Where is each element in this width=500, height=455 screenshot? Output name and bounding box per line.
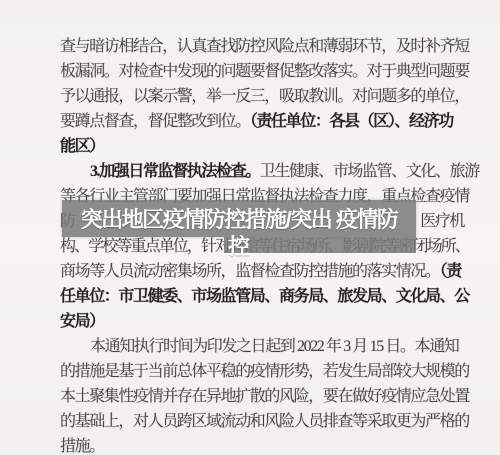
text-segment: 措施。 <box>60 438 104 455</box>
text-segment: 予以通报，以案示警，举一反三，吸取教训。对问题多的单位， <box>60 88 469 105</box>
text-segment: 的措施是基于当前总体平稳的疫情形势，若发生局部较大规模的 <box>60 363 469 380</box>
document-line: 措施。 <box>60 434 464 455</box>
document-line: 3.加强日常监督执法检查。卫生健康、市场监管、文化、旅游 <box>60 159 464 184</box>
document-line: 本土聚集性疫情并存在异地扩散的风险，要在做好疫情应急处置 <box>60 384 464 409</box>
text-segment: 板漏洞。对检查中发现的问题要督促整改落实。对于典型问题要 <box>60 63 469 80</box>
document-line: 要蹲点督查，督促整改到位。（责任单位：各县（区）、经济功 <box>60 109 464 134</box>
document-line: 板漏洞。对检查中发现的问题要督促整改落实。对于典型问题要 <box>60 59 464 84</box>
document-line: 的基础上，对人员跨区域流动和风险人员排查等采取更为严格的 <box>60 409 464 434</box>
text-segment: 查与暗访相结合，认真查找防控风险点和薄弱环节，及时补齐短 <box>60 38 469 55</box>
document-line: 能区） <box>60 134 464 159</box>
text-segment: 本土聚集性疫情并存在异地扩散的风险，要在做好疫情应急处置 <box>60 388 469 405</box>
text-segment: 的基础上，对人员跨区域流动和风险人员排查等采取更为严格的 <box>60 413 469 430</box>
responsible-unit-text: 能区） <box>60 138 104 155</box>
text-segment: 医疗机 <box>420 209 464 234</box>
title-overlay: 突出地区疫情防控措施/突出 疫情防 控 <box>62 200 416 253</box>
responsible-unit-text: 任单位：市卫健委、市场监管局、商务局、旅发局、文化局、公 <box>60 288 469 305</box>
document-line: 的措施是基于当前总体平稳的疫情形势，若发生局部较大规模的 <box>60 359 464 384</box>
document-line: 查与暗访相结合，认真查找防控风险点和薄弱环节，及时补齐短 <box>60 34 464 59</box>
text-segment: 卫生健康、市场监管、文化、旅游 <box>260 163 479 180</box>
document-line: 本通知执行时间为印发之日起到 2022 年 3 月 15 日。本通知 <box>60 334 464 359</box>
scanned-notice-page: { "page": { "background_color": "#f3f2ef… <box>0 0 500 455</box>
text-segment: 要蹲点督查，督促整改到位。 <box>60 113 250 130</box>
title-text-line-2: 控 <box>228 230 250 261</box>
responsible-unit-text: 安局） <box>60 313 104 330</box>
document-line: 商场等人员流动密集场所，监督检查防控措施的落实情况。（责 <box>60 259 464 284</box>
section-heading-text: 3.加强日常监督执法检查。 <box>90 163 260 180</box>
document-line: 任单位：市卫健委、市场监管局、商务局、旅发局、文化局、公 <box>60 284 464 309</box>
title-overlay-line-2: 控 <box>224 237 416 253</box>
text-segment: 本通知执行时间为印发之日起到 2022 年 3 月 15 日。本通知 <box>90 338 458 355</box>
responsible-unit-text: （责 <box>440 263 461 280</box>
text-segment: 商场等人员流动密集场所，监督检查防控措施的落实情况。 <box>60 263 440 280</box>
document-line: 予以通报，以案示警，举一反三，吸取教训。对问题多的单位， <box>60 84 464 109</box>
responsible-unit-text: （责任单位：各县（区）、经济功 <box>250 113 453 130</box>
document-line: 安局） <box>60 309 464 334</box>
